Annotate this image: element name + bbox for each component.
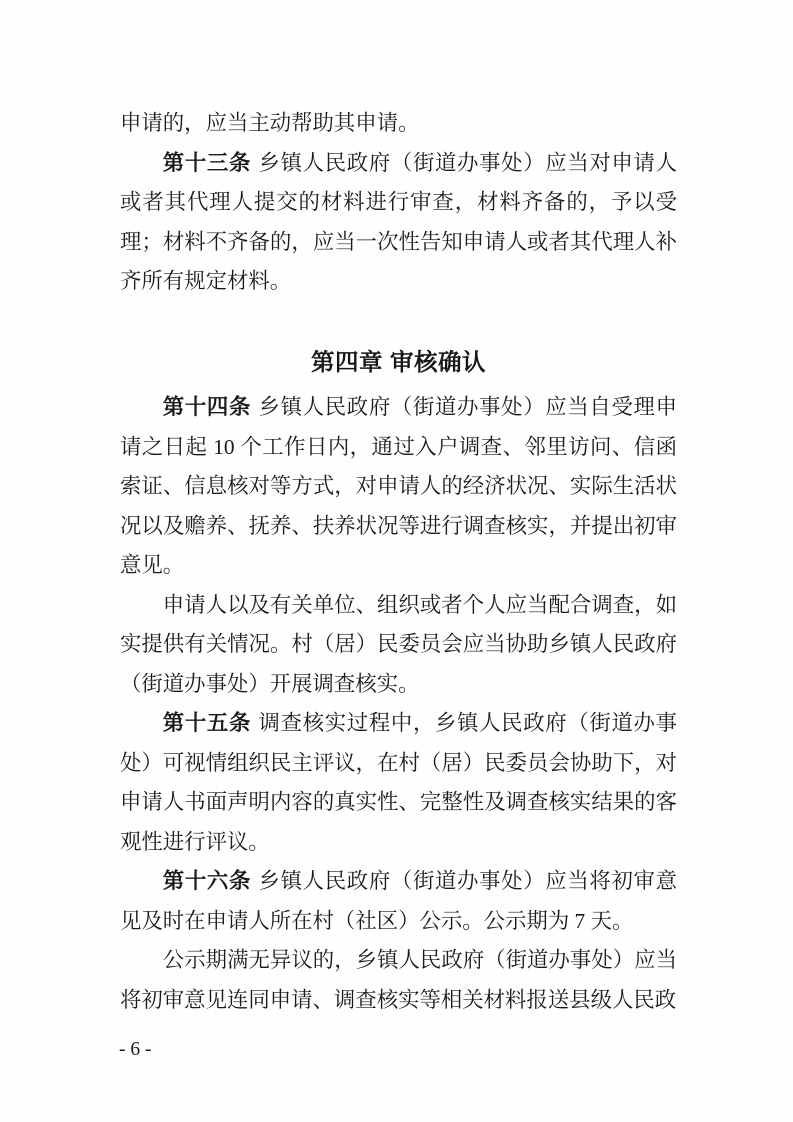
paragraph-text: 公示期满无异议的，乡镇人民政府（街道办事处）应当将初审意见连同申请、调查核实等相… <box>120 948 677 1012</box>
article-14-label: 第十四条 <box>163 395 259 419</box>
article-14-paragraph: 第十四条乡镇人民政府（街道办事处）应当自受理申请之日起 10 个工作日内，通过入… <box>120 388 677 586</box>
document-page: 申请的，应当主动帮助其申请。 第十三条乡镇人民政府（街道办事处）应当对申请人或者… <box>0 0 793 1122</box>
cooperation-paragraph: 申请人以及有关单位、组织或者个人应当配合调查，如实提供有关情况。村（居）民委员会… <box>120 586 677 705</box>
article-15-paragraph: 第十五条调查核实过程中，乡镇人民政府（街道办事处）可视情组织民主评议，在村（居）… <box>120 704 677 862</box>
page-number: - 6 - <box>119 1039 152 1061</box>
chapter-4-heading: 第四章 审核确认 <box>120 343 677 383</box>
article-16-label: 第十六条 <box>163 869 259 893</box>
publicity-paragraph: 公示期满无异议的，乡镇人民政府（街道办事处）应当将初审意见连同申请、调查核实等相… <box>120 941 677 1020</box>
paragraph-text: 申请的，应当主动帮助其申请。 <box>120 111 419 135</box>
paragraph-text: 申请人以及有关单位、组织或者个人应当配合调查，如实提供有关情况。村（居）民委员会… <box>120 593 677 696</box>
article-16-paragraph: 第十六条乡镇人民政府（街道办事处）应当将初审意见及时在申请人所在村（社区）公示。… <box>120 862 677 941</box>
document-text-block: 申请的，应当主动帮助其申请。 第十三条乡镇人民政府（街道办事处）应当对申请人或者… <box>120 104 677 1020</box>
continuation-paragraph: 申请的，应当主动帮助其申请。 <box>120 104 677 144</box>
article-14-text: 乡镇人民政府（街道办事处）应当自受理申请之日起 10 个工作日内，通过入户调查、… <box>120 395 677 577</box>
article-13-label: 第十三条 <box>163 151 259 175</box>
article-13-paragraph: 第十三条乡镇人民政府（街道办事处）应当对申请人或者其代理人提交的材料进行审查，材… <box>120 144 677 302</box>
article-15-label: 第十五条 <box>163 711 259 735</box>
